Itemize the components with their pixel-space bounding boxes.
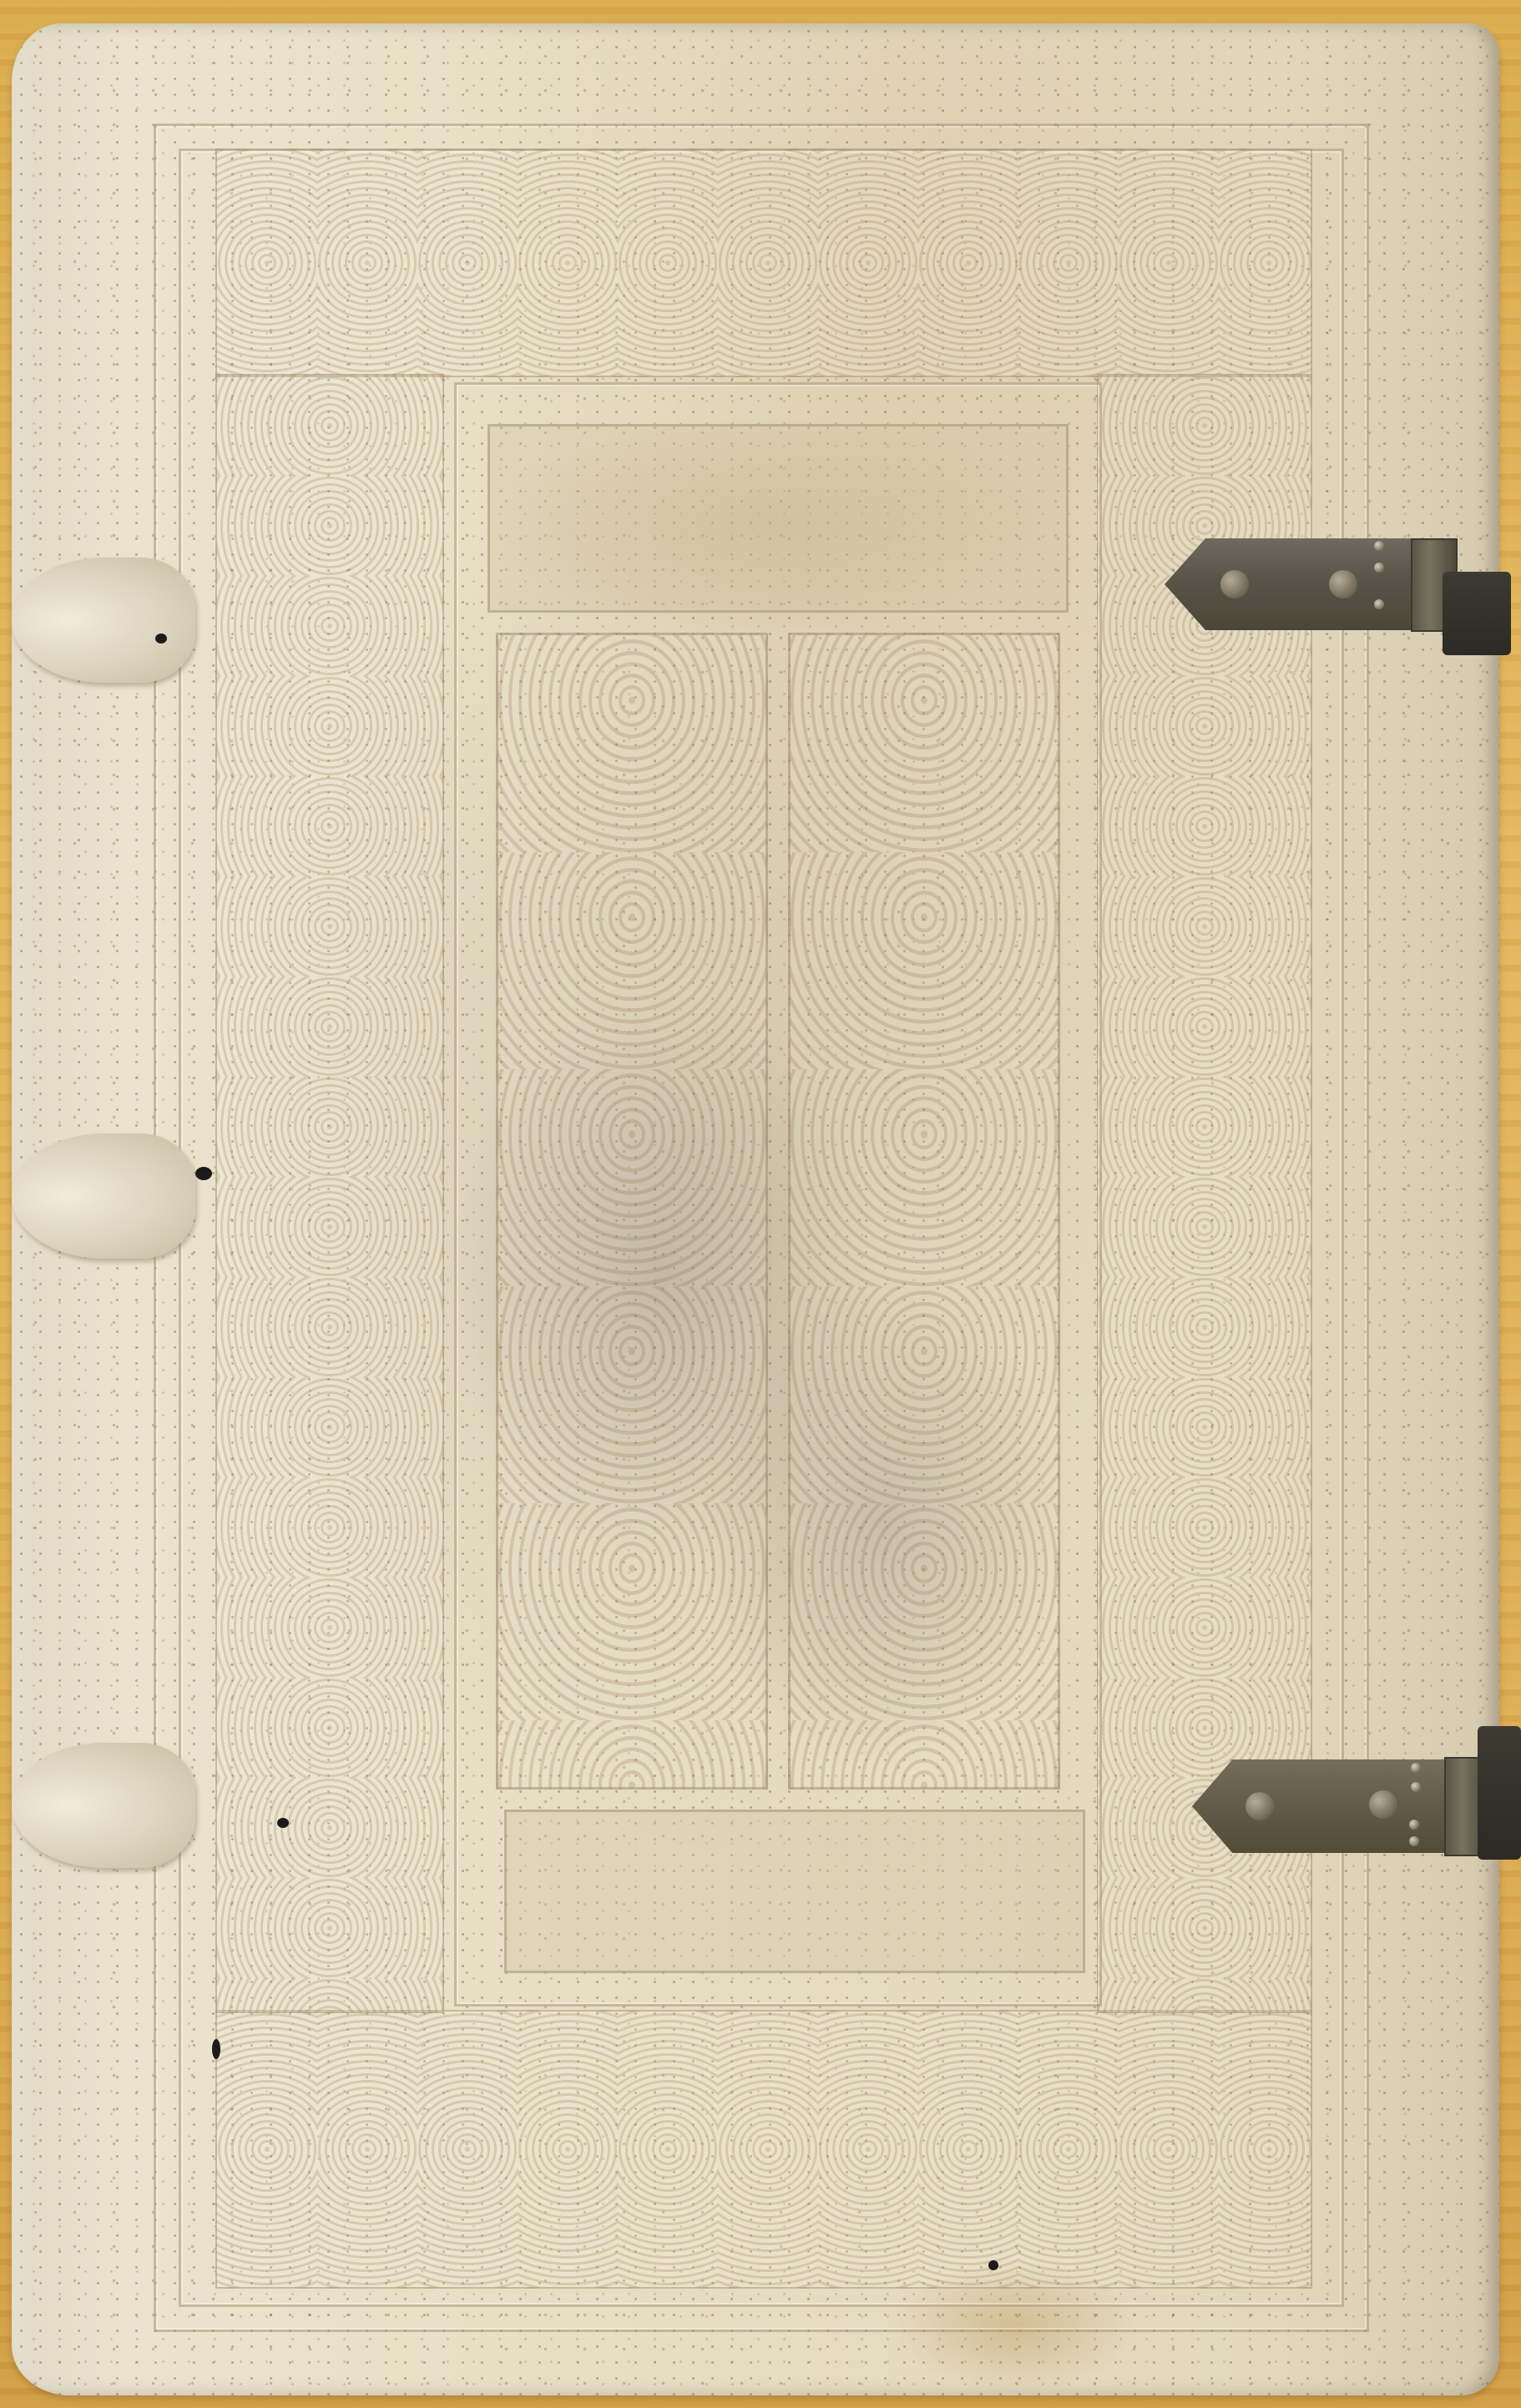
spine-raised-band — [12, 1743, 195, 1868]
book-cover — [12, 23, 1499, 2395]
worm-hole — [212, 2039, 220, 2059]
clasp-stud — [1374, 599, 1384, 609]
central-right-floral-column — [788, 633, 1060, 1790]
clasp-stud — [1409, 1820, 1419, 1830]
clasp-stud — [1409, 1836, 1419, 1846]
left-roll-border — [215, 374, 444, 2013]
clasp-strap — [1478, 1726, 1521, 1860]
clasp-stud — [1411, 1782, 1421, 1792]
clasp-stud — [1374, 541, 1384, 551]
worm-hole — [988, 2260, 998, 2270]
clasp-rivet — [1329, 570, 1357, 598]
spine-raised-band — [12, 558, 195, 683]
worm-hole — [195, 1167, 212, 1180]
worm-hole — [155, 634, 167, 644]
spine-raised-band — [12, 1133, 195, 1259]
clasp-rivet — [1246, 1792, 1274, 1820]
clasp-rivet — [1220, 570, 1249, 598]
clasp-strap — [1443, 572, 1511, 655]
clasp-stud — [1411, 1763, 1421, 1773]
bottom-roll-border — [215, 2010, 1312, 2289]
lower-clasp-plate — [1192, 1759, 1480, 1853]
clasp-stud — [1374, 563, 1384, 573]
central-bottom-strip — [504, 1810, 1085, 1973]
worm-hole — [277, 1818, 289, 1828]
central-left-floral-column — [496, 633, 768, 1790]
central-top-strip — [488, 424, 1069, 613]
top-roll-border — [215, 149, 1312, 377]
clasp-rivet — [1369, 1790, 1397, 1819]
